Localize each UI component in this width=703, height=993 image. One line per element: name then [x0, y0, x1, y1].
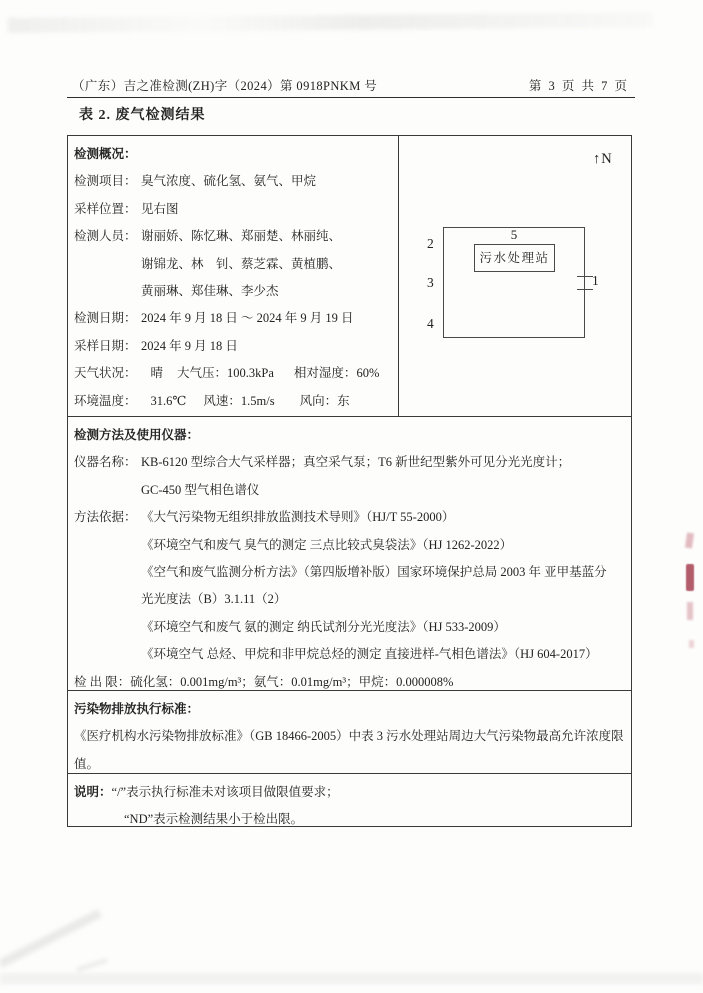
notes-label: 说明：: [74, 785, 112, 799]
scan-artifact-bottom-band: [0, 973, 703, 984]
instrument-line-2: GC-450 型气相色谱仪: [74, 477, 625, 504]
instrument-line-1: 仪器名称：KB-6120 型综合大气采样器；真空采气泵；T6 新世纪型紫外可见分…: [74, 449, 625, 476]
gate-mark-bottom: [577, 289, 593, 290]
overview-line-personnel-3: 黄丽琳、郑佳琳、李少杰: [74, 278, 392, 305]
method-basis-item: 《环境空气和废气 臭气的测定 三点比较式臭袋法》（HJ 1262-2022）: [141, 532, 611, 559]
method-basis-item: 《空气和废气监测分析方法》（第四版增补版）国家环境保护总局 2003 年 亚甲基…: [141, 559, 611, 614]
report-doc-number: （广东）吉之准检测(ZH)字（2024）第 0918PNKM 号: [72, 76, 377, 94]
notes-line-2: “ND”表示检测结果小于检出限。: [124, 806, 625, 833]
table-title: 表 2. 废气检测结果: [79, 104, 206, 124]
stamp-residue-2: [686, 564, 694, 591]
page-number-indicator: 第 3 页 共 7 页: [529, 76, 629, 94]
sewage-station-box: 污水处理站: [474, 244, 555, 272]
header-divider: [67, 97, 635, 98]
sampling-point-3: 3: [427, 275, 434, 290]
notes-row: 说明：“/”表示执行标准未对该项目做限值要求； “ND”表示检测结果小于检出限。: [68, 773, 631, 825]
stamp-residue-1: [685, 533, 694, 549]
scan-artifact-top: [8, 12, 653, 33]
site-boundary: 5 污水处理站: [443, 227, 585, 338]
scan-artifact-bottom-left: [0, 909, 102, 968]
methods-row: 检测方法及使用仪器： 仪器名称：KB-6120 型综合大气采样器；真空采气泵；T…: [68, 416, 631, 690]
standards-row: 污染物排放执行标准： 《医疗机构水污染物排放标准》（GB 18466-2005）…: [68, 690, 631, 773]
result-table: 检测概况： 检测项目：臭气浓度、硫化氢、氨气、甲烷 采样位置：见右图 检测人员：…: [67, 135, 632, 827]
overview-line-location: 采样位置：见右图: [74, 196, 392, 223]
sampling-site-diagram: ↑N 5 污水处理站 2 3 4 1: [399, 136, 631, 416]
sampling-point-5: 5: [444, 227, 584, 243]
method-basis-block: 方法依据： 《大气污染物无组织排放监测技术导则》（HJ/T 55-2000） 《…: [74, 504, 625, 668]
north-arrow-icon: ↑: [593, 151, 601, 167]
methods-heading: 检测方法及使用仪器：: [74, 422, 625, 449]
overview-line-sampling-date: 采样日期：2024 年 9 月 18 日: [74, 333, 392, 360]
north-label: N: [601, 151, 612, 167]
overview-cell: 检测概况： 检测项目：臭气浓度、硫化氢、氨气、甲烷 采样位置：见右图 检测人员：…: [68, 136, 399, 416]
north-indicator: ↑N: [593, 146, 613, 173]
scan-artifact-bottom-left-2: [76, 957, 108, 973]
stamp-residue-4: [689, 640, 694, 648]
notes-line-1: 说明：“/”表示执行标准未对该项目做限值要求；: [74, 779, 625, 806]
overview-heading: 检测概况：: [74, 141, 392, 168]
overview-line-personnel-1: 检测人员：谢丽娇、陈忆琳、郑丽楚、林丽纯、: [74, 223, 392, 250]
method-basis-list: 《大气污染物无组织排放监测技术导则》（HJ/T 55-2000） 《环境空气和废…: [141, 504, 611, 668]
method-basis-item: 《大气污染物无组织排放监测技术导则》（HJ/T 55-2000）: [141, 504, 611, 531]
standards-heading: 污染物排放执行标准：: [74, 696, 625, 723]
sampling-point-4: 4: [427, 316, 434, 331]
standards-body: 《医疗机构水污染物排放标准》（GB 18466-2005）中表 3 污水处理站周…: [74, 723, 626, 778]
sampling-point-2: 2: [427, 236, 434, 251]
overview-line-personnel-2: 谢锦龙、林 钊、蔡芝霖、黄植鹏、: [74, 251, 392, 278]
page-header: （广东）吉之准检测(ZH)字（2024）第 0918PNKM 号 第 3 页 共…: [67, 76, 635, 94]
gate-mark-top: [577, 276, 593, 277]
scanned-report-page: （广东）吉之准检测(ZH)字（2024）第 0918PNKM 号 第 3 页 共…: [0, 0, 703, 993]
stamp-residue-3: [687, 602, 693, 620]
overview-line-project: 检测项目：臭气浓度、硫化氢、氨气、甲烷: [74, 168, 392, 195]
overview-row: 检测概况： 检测项目：臭气浓度、硫化氢、氨气、甲烷 采样位置：见右图 检测人员：…: [68, 136, 631, 416]
overview-line-weather: 天气状况：晴大气压：100.3kPa相对湿度：60%: [74, 360, 392, 387]
overview-line-test-date: 检测日期：2024 年 9 月 18 日 ～ 2024 年 9 月 19 日: [74, 305, 392, 332]
method-basis-item: 《环境空气 总烃、甲烷和非甲烷总烃的测定 直接进样-气相色谱法》（HJ 604-…: [141, 641, 611, 668]
method-basis-label: 方法依据：: [74, 504, 141, 668]
sampling-point-1: 1: [592, 273, 599, 288]
method-basis-item: 《环境空气和废气 氨的测定 纳氏试剂分光光度法》（HJ 533-2009）: [141, 614, 611, 641]
overview-line-environment: 环境温度：31.6℃风速：1.5m/s风向：东: [74, 388, 392, 415]
